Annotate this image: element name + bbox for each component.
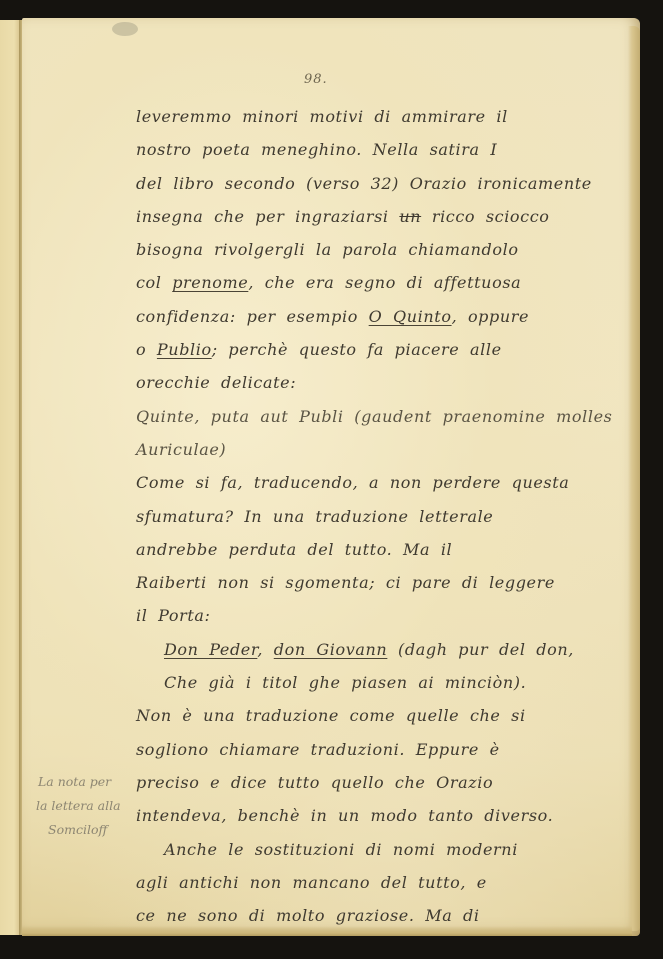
latin-quote-line: Auriculae): [136, 433, 636, 466]
text-line: agli antichi non mancano del tutto, e: [136, 866, 636, 899]
latin-quote-line: Quinte, puta aut Publi (gaudent praenomi…: [136, 400, 636, 433]
struck-word: un: [399, 207, 421, 226]
text-span: ; perchè questo fa piacere alle: [212, 340, 502, 359]
text-span: o: [136, 340, 157, 359]
margin-note-line: Somciloff: [36, 818, 146, 842]
margin-note-line: La nota per: [36, 770, 146, 794]
text-span: (dagh pur del don,: [387, 640, 574, 659]
text-line: insegna che per ingraziarsi un ricco sci…: [136, 200, 636, 233]
underlined-word: don Giovann: [274, 640, 388, 659]
underlined-word: O Quinto: [369, 307, 452, 326]
text-line: leveremmo minori motivi di ammirare il: [136, 100, 636, 133]
text-line: bisogna rivolgergli la parola chiamandol…: [136, 233, 636, 266]
text-span: insegna che per ingraziarsi: [136, 207, 399, 226]
water-stain: [112, 22, 138, 36]
text-line: Non è una traduzione come quelle che si: [136, 699, 636, 732]
text-line: intendeva, benchè in un modo tanto diver…: [136, 799, 636, 832]
text-span: col: [136, 273, 172, 292]
text-line: sogliono chiamare traduzioni. Eppure è: [136, 733, 636, 766]
facing-page-edge: [0, 20, 20, 935]
text-line: col prenome, che era segno di affettuosa: [136, 266, 636, 299]
text-line: orecchie delicate:: [136, 366, 636, 399]
verse-line: Don Peder, don Giovann (dagh pur del don…: [136, 633, 636, 666]
text-span: ricco sciocco: [421, 207, 549, 226]
text-line: confidenza: per esempio O Quinto, oppure: [136, 300, 636, 333]
text-line: del libro secondo (verso 32) Orazio iron…: [136, 167, 636, 200]
text-line: preciso e dice tutto quello che Orazio: [136, 766, 636, 799]
text-span: confidenza: per esempio: [136, 307, 369, 326]
margin-note-line: la lettera alla: [36, 794, 146, 818]
text-span: , oppure: [452, 307, 530, 326]
manuscript-scan: 98. leveremmo minori motivi di ammirare …: [0, 0, 663, 959]
pencil-margin-note: La nota per la lettera alla Somciloff: [36, 770, 146, 842]
text-span: , che era segno di affettuosa: [248, 273, 521, 292]
text-line: sfumatura? In una traduzione letterale: [136, 500, 636, 533]
text-line: Come si fa, traducendo, a non perdere qu…: [136, 466, 636, 499]
text-line: il Porta:: [136, 599, 636, 632]
verse-line: Che già i titol ghe piasen ai minciòn).: [136, 666, 636, 699]
underlined-word: Publio: [157, 340, 212, 359]
text-line: ce ne sono di molto graziose. Ma di: [136, 899, 636, 932]
underlined-word: Don Peder: [164, 640, 257, 659]
text-span: ,: [257, 640, 273, 659]
text-line: o Publio; perchè questo fa piacere alle: [136, 333, 636, 366]
text-line: nostro poeta meneghino. Nella satira I: [136, 133, 636, 166]
text-line: andrebbe perduta del tutto. Ma il: [136, 533, 636, 566]
text-line: Raiberti non si sgomenta; ci pare di leg…: [136, 566, 636, 599]
page-number: 98.: [304, 72, 328, 87]
handwritten-text: leveremmo minori motivi di ammirare il n…: [136, 100, 636, 932]
paragraph-start-line: Anche le sostituzioni di nomi moderni: [136, 833, 636, 866]
underlined-word: prenome: [172, 273, 248, 292]
